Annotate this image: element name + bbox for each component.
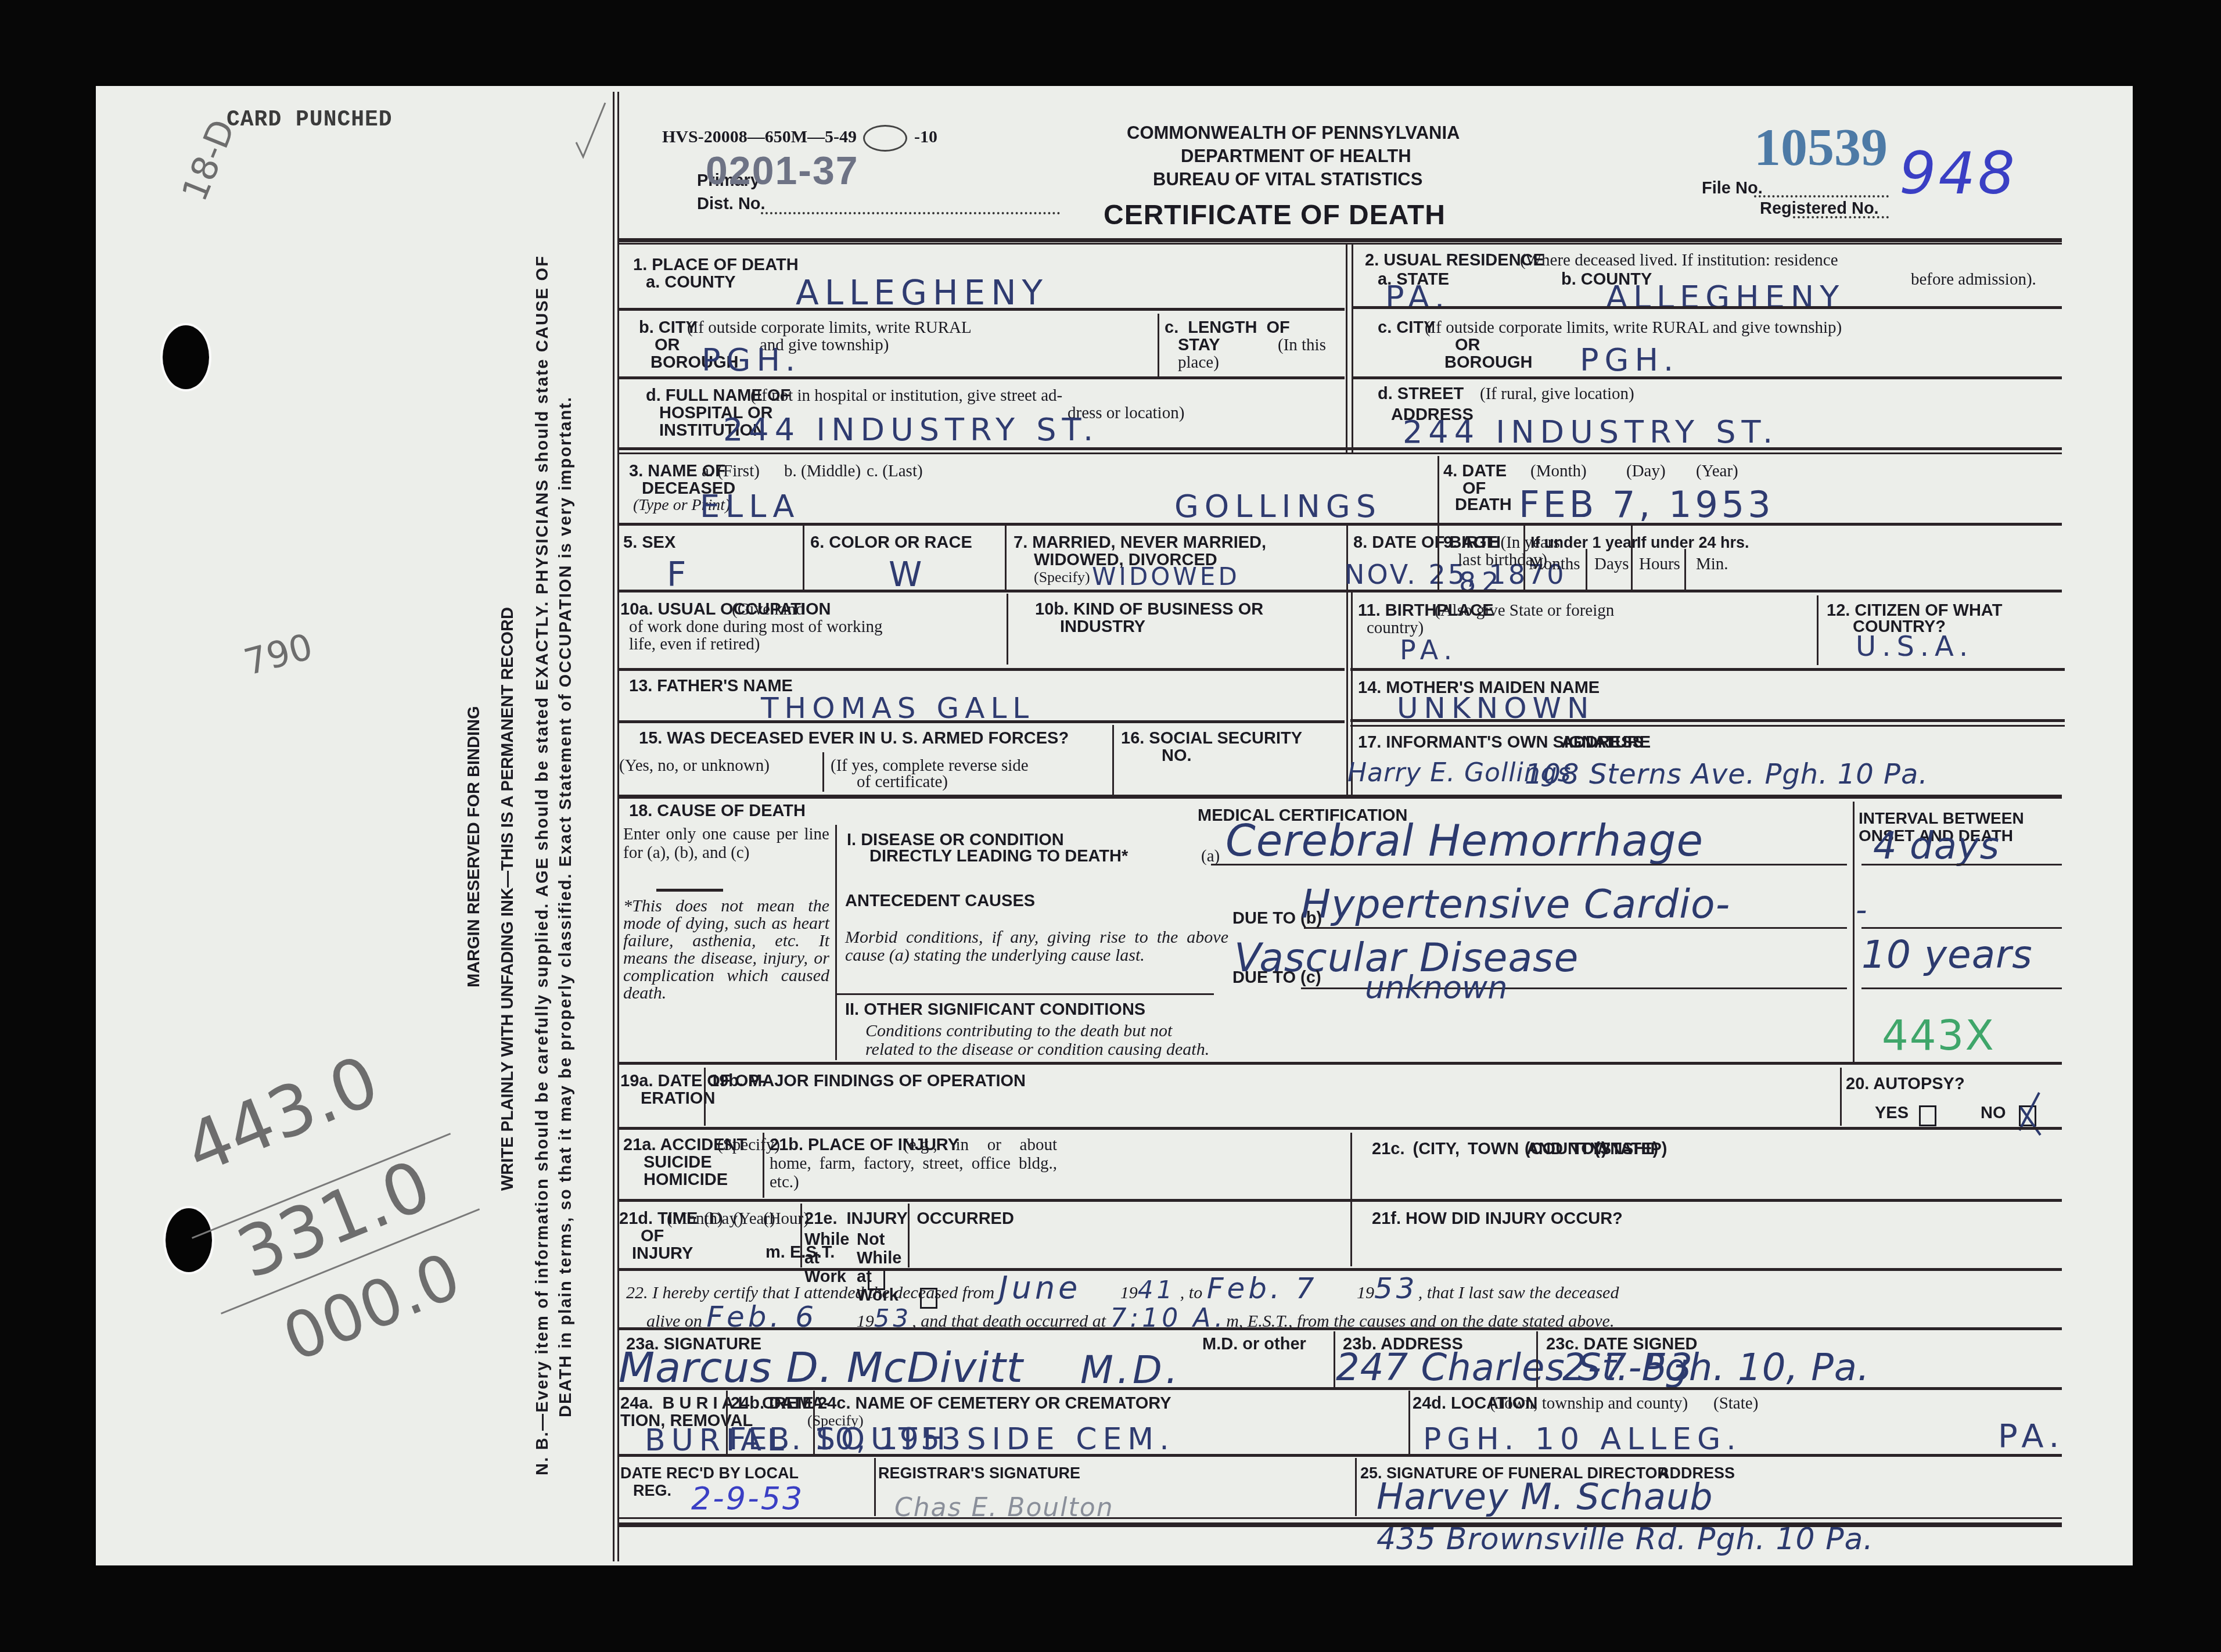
injury-type-label-3: HOMICIDE — [644, 1170, 728, 1189]
residence-street-hint: (If rural, give location) — [1480, 385, 1634, 403]
occupation-hint-3: life, even if retired) — [629, 635, 760, 653]
cause-a-line — [1211, 864, 1847, 865]
cell-divider — [813, 1391, 815, 1455]
short-rule — [656, 889, 723, 892]
marital-label: 7. MARRIED, NEVER MARRIED, — [1014, 533, 1266, 552]
antecedent-hint: Morbid conditions, if any, giving rise t… — [845, 928, 1228, 964]
stay-label: c. LENGTH OF — [1165, 318, 1290, 337]
cause-title: 18. CAUSE OF DEATH — [629, 802, 806, 820]
nb-note-line2: DEATH in plain terms, so that it may be … — [556, 396, 576, 1417]
row-rule — [619, 376, 1345, 379]
form-border-left — [613, 92, 614, 1561]
header-rule-thin — [619, 243, 2062, 245]
sex-label: 5. SEX — [623, 533, 675, 552]
cert-text-1e: , that I last saw the deceased — [1418, 1283, 1619, 1302]
hospital-value: 244 INDUSTRY ST. — [723, 411, 1099, 448]
hospital-hint: (If not in hospital or institution, give… — [750, 386, 1062, 405]
injury-time-label-2: OF — [641, 1227, 664, 1245]
autopsy-no-checkbox[interactable] — [2019, 1105, 2036, 1126]
cert-text-1b: 19 — [1120, 1283, 1138, 1302]
cell-divider — [726, 1391, 728, 1455]
cell-divider — [763, 1133, 764, 1198]
dod-label-3: DEATH — [1455, 495, 1512, 514]
birthplace-value: PA. — [1400, 634, 1458, 666]
under-1-year-label: If under 1 year — [1530, 533, 1638, 552]
armed-forces-hint: (Yes, no, or unknown) — [619, 756, 770, 775]
autopsy-no-option[interactable]: NO — [1981, 1104, 2036, 1126]
row-rule — [1350, 719, 2065, 722]
ssn-label: 16. SOCIAL SECURITY — [1121, 729, 1302, 748]
cause-b-line — [1304, 927, 1847, 929]
binding-hole-bottom — [166, 1208, 212, 1272]
death-county-label: a. COUNTY — [646, 273, 736, 292]
registered-no-value: 948 — [1899, 139, 2017, 207]
birthplace-hint: (Also give State or foreign — [1435, 601, 1614, 620]
cell-divider — [1684, 549, 1686, 590]
stay-label-2: STAY — [1178, 336, 1220, 354]
min-label: Min. — [1696, 555, 1728, 573]
days-label: Days — [1594, 555, 1629, 573]
cell-divider — [908, 1204, 910, 1267]
occupation-hint-2: of work done during most of working — [629, 617, 883, 636]
marital-hint: (Specify) — [1034, 568, 1090, 587]
burial-location-hint: (Town, township and county) — [1490, 1394, 1688, 1413]
business-label-2: INDUSTRY — [1060, 617, 1145, 636]
cert-from-year: 41 — [1138, 1276, 1176, 1304]
registered-no-label: Registered No. — [1760, 199, 1879, 218]
row-rule — [619, 1268, 2062, 1271]
cell-divider — [1112, 725, 1114, 795]
marital-value: WIDOWED — [1092, 562, 1240, 591]
row-rule — [619, 795, 2062, 799]
funeral-director-signature: Harvey M. Schaub — [1377, 1475, 1713, 1518]
dod-label: 4. DATE — [1443, 462, 1507, 480]
death-county-value: ALLEGHENY — [796, 273, 1048, 313]
certification-line-1: 22. I hereby certify that I attended the… — [626, 1278, 1619, 1303]
physician-degree: M.D. — [1080, 1348, 1181, 1392]
row-rule — [619, 668, 1345, 671]
first-name-label: a. (First) — [702, 462, 760, 480]
cert-text-1c: , to — [1180, 1283, 1202, 1302]
cemetery-value: SOUTH SIDE CEM. — [816, 1422, 1175, 1457]
race-label: 6. COLOR OR RACE — [810, 533, 972, 552]
cell-divider — [1536, 1331, 1538, 1389]
cell-divider — [1631, 526, 1633, 591]
registrar-signature-label: REGISTRAR'S SIGNATURE — [878, 1464, 1080, 1482]
cert-to-value: Feb. 7 — [1207, 1272, 1318, 1305]
autopsy-yes-label: YES — [1875, 1104, 1909, 1122]
dist-no-field — [761, 212, 1060, 214]
residence-city-or: OR — [1455, 336, 1480, 354]
ssn-label-2: NO. — [1162, 746, 1192, 765]
injury-time-label-3: INJURY — [632, 1244, 693, 1263]
part-1-label-2: DIRECTLY LEADING TO DEATH* — [869, 847, 1128, 865]
place-of-death-title: 1. PLACE OF DEATH — [633, 256, 799, 274]
row-rule — [1353, 306, 2062, 309]
dist-no-value: 0201-37 — [706, 148, 859, 193]
last-name-label: c. (Last) — [867, 462, 923, 480]
cell-divider — [874, 1458, 876, 1516]
citizen-value: U.S.A. — [1856, 630, 1974, 663]
agency-line-3: BUREAU OF VITAL STATISTICS — [1153, 170, 1422, 189]
cause-b-value: Hypertensive Cardio- — [1301, 882, 1730, 928]
union-label-icon — [863, 125, 907, 152]
interval-b-line — [1861, 927, 2062, 929]
operation-findings-label: 19b. MAJOR FINDINGS OF OPERATION — [710, 1072, 1026, 1090]
page-title: CERTIFICATE OF DEATH — [1104, 200, 1446, 231]
row-rule-thin — [619, 452, 2062, 454]
cell-divider — [800, 1204, 802, 1267]
cell-divider — [1437, 526, 1439, 591]
dod-value: FEB 7, 1953 — [1519, 483, 1774, 526]
sex-value: F — [667, 555, 692, 594]
row-rule — [619, 1127, 2062, 1130]
cause-a-marker: (a) — [1201, 847, 1220, 865]
part-2-hint-2: related to the disease or condition caus… — [865, 1040, 1209, 1060]
funeral-director-address: 435 Brownsville Rd. Pgh. 10 Pa. — [1377, 1522, 1874, 1557]
interval-c-line — [1861, 987, 2062, 989]
date-signed-value: 2-7-53 — [1562, 1346, 1694, 1389]
informant-address-label: ADDRESS — [1561, 733, 1644, 752]
row-rule — [619, 1062, 2062, 1065]
cause-code-green: 443X — [1882, 1011, 1995, 1060]
last-name-value: GOLLINGS — [1174, 488, 1382, 525]
autopsy-label: 20. AUTOPSY? — [1846, 1075, 1965, 1093]
part-divider — [836, 993, 1214, 995]
dist-no-label: Dist. No. — [697, 195, 766, 213]
months-label: Months — [1529, 555, 1580, 573]
informant-address: 108 Sterns Ave. Pgh. 10 Pa. — [1525, 758, 1928, 791]
business-label: 10b. KIND OF BUSINESS OR — [1035, 600, 1263, 619]
date-received-label-2: REG. — [633, 1481, 671, 1500]
row-rule-thin — [1350, 725, 2065, 727]
burial-date-label: 24b. DATE — [731, 1394, 814, 1413]
autopsy-yes-option[interactable]: YES — [1875, 1104, 1936, 1126]
card-punched-stamp: CARD PUNCHED — [227, 107, 393, 132]
part-2-hint: Conditions contributing to the death but… — [865, 1021, 1172, 1041]
interval-a-value: 4 days — [1873, 825, 2000, 868]
antecedent-causes-label: ANTECEDENT CAUSES — [845, 892, 1035, 910]
cell-divider — [1355, 1458, 1357, 1516]
cell-divider — [1408, 1391, 1410, 1455]
physician-degree-label: M.D. or other — [1202, 1335, 1306, 1353]
residence-street-label: d. STREET — [1378, 385, 1464, 403]
cause-c-value: unknown — [1365, 969, 1507, 1005]
injury-how-label: 21f. HOW DID INJURY OCCUR? — [1372, 1209, 1623, 1228]
residence-county-value: ALLEGHENY — [1606, 279, 1845, 315]
death-city-or: OR — [655, 336, 680, 354]
cell-divider — [1007, 594, 1008, 665]
row-rule — [619, 1327, 2062, 1330]
middle-name-label: b. (Middle) — [784, 462, 861, 480]
usual-residence-title: 2. USUAL RESIDENCE — [1365, 251, 1544, 270]
binding-hole-top — [163, 325, 209, 389]
row-rule — [619, 1387, 2062, 1390]
column-divider-2 — [1352, 244, 1353, 453]
cert-text-1d: 19 — [1357, 1283, 1374, 1302]
checkmark-icon — [575, 102, 607, 160]
nb-note-line1: N. B.—Every item of information should b… — [533, 255, 552, 1475]
row-rule — [619, 447, 2062, 450]
residence-state-value: PA. — [1385, 279, 1450, 315]
cell-divider — [1437, 456, 1439, 525]
first-name-value: ELLA — [700, 488, 800, 525]
interval-c-value: 10 years — [1861, 932, 2033, 977]
burial-state-value: PA. — [1998, 1417, 2065, 1455]
residence-city-borough: BOROUGH — [1444, 353, 1532, 372]
death-city-value: PGH. — [702, 342, 801, 378]
row-rule-thin — [619, 1517, 2062, 1519]
usual-residence-hint-2: before admission). — [1911, 270, 2036, 289]
file-no-field — [1754, 195, 1889, 197]
agency-line-2: DEPARTMENT OF HEALTH — [1181, 147, 1411, 166]
row-rule — [619, 720, 1345, 723]
cell-divider — [1334, 1331, 1335, 1389]
row-rule — [619, 590, 2062, 592]
burial-state-label: (State) — [1713, 1394, 1758, 1413]
occupation-hint: (Give kind — [732, 600, 804, 619]
dod-month-label: (Month) — [1530, 462, 1587, 480]
residence-city-hint: (If outside corporate limits, write RURA… — [1425, 318, 1842, 337]
stay-hint-2: place) — [1178, 353, 1219, 372]
injury-place-hint: (e.g., in or about home, farm, factory, … — [770, 1136, 1057, 1191]
file-no-value: 10539 — [1754, 116, 1888, 178]
cause-instructions: Enter only one cause per line for (a), (… — [623, 825, 829, 862]
age-label: 9. AGE — [1443, 533, 1498, 552]
row-rule — [619, 308, 1345, 311]
cell-divider — [822, 752, 824, 792]
burial-location-value: PGH. 10 ALLEG. — [1423, 1422, 1742, 1457]
usual-residence-hint: (Where deceased lived. If institution: r… — [1520, 251, 1838, 270]
physician-signature: Marcus D. McDivitt — [619, 1343, 1023, 1392]
residence-city-value: PGH. — [1580, 342, 1679, 378]
race-value: W — [889, 555, 928, 594]
row-rule — [1350, 668, 2065, 671]
due-to-c-label: DUE TO (c) — [1232, 968, 1321, 987]
row-rule — [1353, 376, 2062, 379]
autopsy-no-label: NO — [1981, 1104, 2006, 1122]
interval-a-line — [1861, 864, 2062, 865]
header-rule — [619, 238, 2062, 242]
interval-b-value: - — [1856, 892, 1871, 928]
cell-divider — [1853, 802, 1855, 1062]
injury-hour-label: (Hour) — [763, 1209, 809, 1228]
cemetery-label: 24c. NAME OF CEMETERY OR CREMATORY — [818, 1394, 1171, 1413]
armed-forces-hint-3: of certificate) — [857, 773, 948, 791]
date-received-value: 2-9-53 — [691, 1480, 804, 1517]
cell-divider — [1817, 595, 1819, 665]
cell-divider — [1840, 1068, 1842, 1126]
under-24-hrs-label: If under 24 hrs. — [1637, 533, 1749, 552]
column-divider — [1346, 244, 1347, 453]
row-rule — [619, 523, 2062, 526]
form-border-left-inner — [617, 92, 619, 1561]
hours-label: Hours — [1639, 555, 1680, 573]
age-value: 82 — [1459, 566, 1505, 598]
cell-divider — [704, 1068, 706, 1126]
cell-divider — [835, 825, 837, 1060]
cell-divider — [1158, 314, 1159, 376]
cell-divider — [1523, 526, 1525, 591]
dod-day-label: (Day) — [1626, 462, 1666, 480]
cell-divider — [803, 526, 804, 591]
cell-divider — [1586, 549, 1587, 590]
binding-note: MARGIN RESERVED FOR BINDING — [465, 706, 483, 987]
registered-no-field — [1793, 216, 1889, 218]
stay-hint: (In this — [1278, 336, 1326, 354]
cause-a-value: Cerebral Hemorrhage — [1225, 816, 1704, 866]
ink-note: WRITE PLAINLY WITH UNFADING INK—THIS IS … — [498, 607, 517, 1191]
injury-type-label-2: SUICIDE — [644, 1153, 712, 1172]
death-city-hint: (If outside corporate limits, write RURA… — [687, 318, 972, 337]
form-code-suffix: -10 — [914, 127, 937, 146]
part-2-label: II. OTHER SIGNIFICANT CONDITIONS — [845, 1000, 1145, 1019]
cert-from-value: June — [999, 1269, 1081, 1306]
row-rule — [619, 1454, 2062, 1457]
row-rule — [619, 1199, 2062, 1202]
agency-line-1: COMMONWEALTH OF PENNSYLVANIA — [1127, 124, 1460, 142]
dod-year-label: (Year) — [1696, 462, 1738, 480]
cause-footnote: *This does not mean the mode of dying, s… — [623, 897, 829, 1002]
residence-street-value: 244 INDUSTRY ST. — [1403, 414, 1778, 450]
cert-to-year: 53 — [1374, 1272, 1418, 1305]
form-code-text: HVS-20008—650M—5-49 — [662, 127, 857, 146]
autopsy-yes-checkbox[interactable] — [1919, 1105, 1936, 1126]
injury-state-label: (STATE) — [1594, 1140, 1658, 1158]
cell-divider — [1005, 526, 1007, 591]
armed-forces-label: 15. WAS DECEASED EVER IN U. S. ARMED FOR… — [639, 729, 1069, 748]
